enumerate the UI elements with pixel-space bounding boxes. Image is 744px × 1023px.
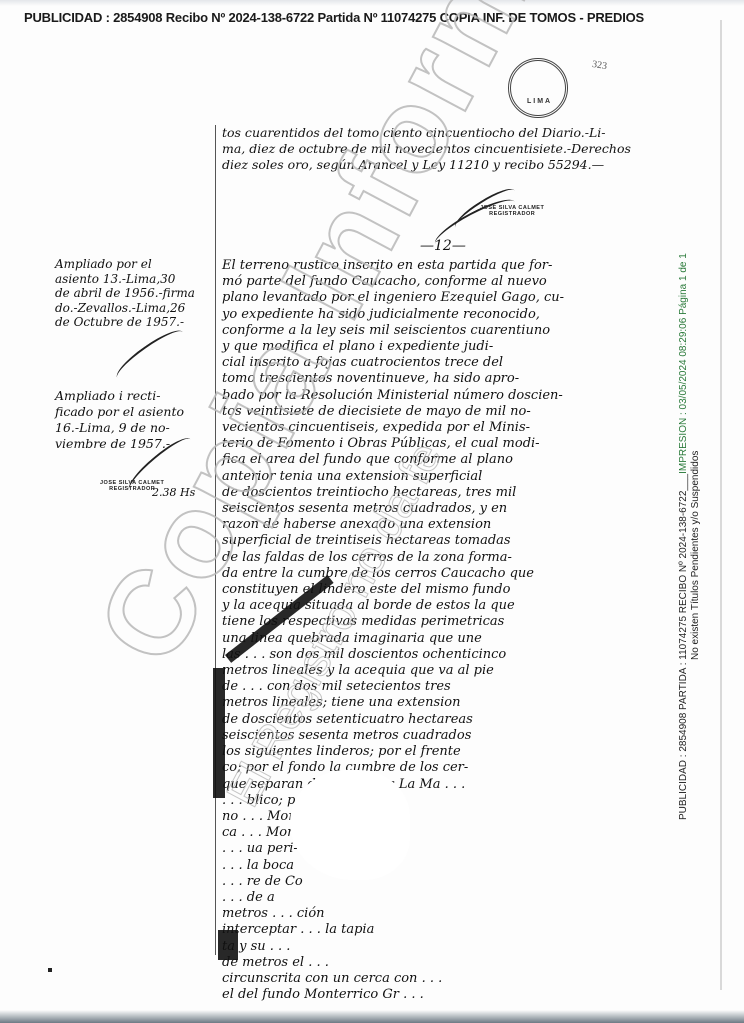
paper-hole: [290, 770, 410, 880]
entry-line: ta y su . . .: [222, 939, 564, 955]
folio-number: 323: [591, 59, 607, 72]
entry-line: constituyen el lindero este del mismo fu…: [222, 582, 564, 598]
entry-line: metros . . . ción: [222, 906, 564, 922]
entry-line: y la acequia situada al borde de estos l…: [222, 598, 564, 614]
side-footer-notice: No existen Títulos Pendientes y/o Suspen…: [690, 253, 702, 820]
document-page: PUBLICIDAD : 2854908 Recibo Nº 2024-138-…: [0, 0, 744, 1023]
entry-line: . . . de a: [222, 890, 564, 906]
damage-stain: [218, 930, 238, 960]
margin-note-line: de abril de 1956.-firma: [55, 286, 195, 301]
margin-note-1: Ampliado por el asiento 13.-Lima,30 de a…: [55, 257, 195, 330]
signature-scribble-icon: [111, 324, 188, 386]
side-footer-impresion: IMPRESION : 03/05/2024 08:29:06 Página 1…: [678, 253, 689, 474]
entry-line: el del fundo Monterrico Gr . . .: [222, 987, 564, 1003]
margin-note-line: Ampliado i recti-: [55, 388, 184, 404]
entry-line: . . . re de Co: [222, 874, 564, 890]
entry-line: metros lineales y la acequia que va al p…: [222, 663, 564, 679]
seal-text: LIMA: [527, 98, 552, 105]
registrar-stamp: JOSE SILVA CALMET REGISTRADOR: [480, 205, 544, 217]
registrar-title: REGISTRADOR: [480, 211, 544, 217]
scan-edge-right: [720, 20, 722, 990]
scan-edge-bottom: [0, 1010, 744, 1023]
side-footer: PUBLICIDAD : 2854908 PARTIDA : 11074275 …: [678, 253, 702, 820]
margin-note-line: asiento 13.-Lima,30: [55, 272, 195, 287]
entry-line: las . . . son dos mil doscientos ochenti…: [222, 647, 564, 663]
entry-line: una linea quebrada imaginaria que une: [222, 631, 564, 647]
margin-note-line: de Octubre de 1957.-: [55, 315, 195, 330]
margin-note-line: ficado por el asiento: [55, 404, 184, 420]
margin-note-line: 16.-Lima, 9 de no-: [55, 420, 184, 436]
scan-speck: [48, 968, 52, 972]
entry-line: de metros el . . .: [222, 955, 564, 971]
entry-line: circunscrita con un cerca con . . .: [222, 971, 564, 987]
scan-edge-top: [0, 0, 744, 6]
side-footer-publicity: PUBLICIDAD : 2854908 PARTIDA : 11074275 …: [678, 474, 689, 820]
margin-note-line: do.-Zevallos.-Lima,26: [55, 301, 195, 316]
entry-line: interceptar . . . la tapia: [222, 922, 564, 938]
margin-note-line: Ampliado por el: [55, 257, 195, 272]
publicity-header: PUBLICIDAD : 2854908 Recibo Nº 2024-138-…: [24, 10, 644, 25]
